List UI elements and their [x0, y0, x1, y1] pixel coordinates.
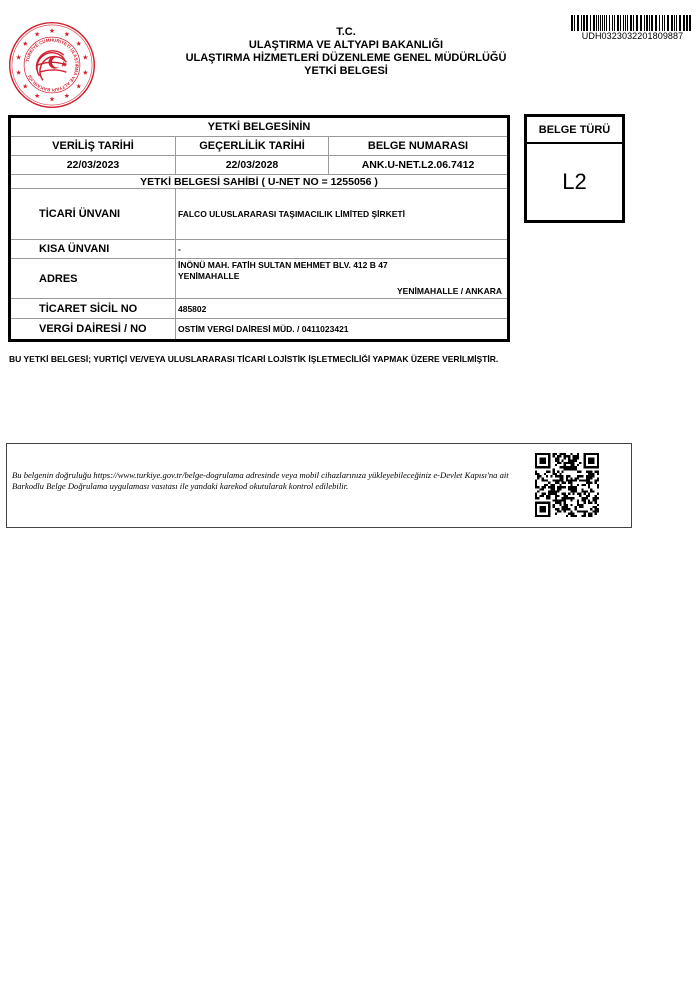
tax-office: OSTİM VERGİ DAİRESİ MÜD. / 0411023421 [176, 319, 509, 341]
issue-date: 22/03/2023 [10, 156, 176, 175]
label-tax-office: VERGİ DAİRESİ / NO [10, 319, 176, 341]
barcode-icon [571, 15, 694, 31]
column-document-number: BELGE NUMARASI [329, 137, 509, 156]
header-tc: T.C. [170, 26, 522, 39]
seal-graphic: TÜRKİYE CUMHURİYETİ ULAŞTIRMA VE ALTYAPI… [7, 20, 97, 110]
qr-code-icon[interactable] [535, 453, 599, 517]
document-number: ANK.U-NET.L2.06.7412 [329, 156, 509, 175]
address-line-2: YENİMAHALLE [178, 271, 507, 282]
trade-registry-no: 485802 [176, 299, 509, 319]
label-address: ADRES [10, 259, 176, 299]
header-ministry: ULAŞTIRMA VE ALTYAPI BAKANLIĞI [170, 39, 522, 52]
verification-box: Bu belgenin doğruluğu https://www.turkiy… [6, 443, 632, 528]
header-doc-title: YETKİ BELGESİ [170, 65, 522, 78]
address-city: YENİMAHALLE / ANKARA [178, 285, 507, 297]
qr-graphic [535, 453, 599, 517]
label-trade-registry-no: TİCARET SİCİL NO [10, 299, 176, 319]
column-issue-date: VERİLİŞ TARİHİ [10, 137, 176, 156]
trade-name: FALCO ULUSLARARASI TAŞIMACILIK LİMİTED Ş… [176, 189, 509, 240]
certificate-title: YETKİ BELGESİNİN [10, 117, 509, 137]
certificate-table: YETKİ BELGESİNİN VERİLİŞ TARİHİ GEÇERLİL… [8, 115, 510, 342]
owner-header: YETKİ BELGESİ SAHİBİ ( U-NET NO = 125505… [10, 175, 509, 189]
document-header: T.C. ULAŞTIRMA VE ALTYAPI BAKANLIĞI ULAŞ… [170, 26, 522, 78]
short-name: - [176, 240, 509, 259]
column-validity-date: GEÇERLİLİK TARİHİ [176, 137, 329, 156]
header-directorate: ULAŞTIRMA HİZMETLERİ DÜZENLEME GENEL MÜD… [170, 52, 522, 65]
barcode-number: UDH0323032201809887 [571, 31, 694, 41]
validity-date: 22/03/2028 [176, 156, 329, 175]
label-trade-name: TİCARİ ÜNVANI [10, 189, 176, 240]
barcode: UDH0323032201809887 [571, 15, 694, 41]
ministry-seal-icon: TÜRKİYE CUMHURİYETİ ULAŞTIRMA VE ALTYAPI… [7, 20, 97, 110]
document-type-title: BELGE TÜRÜ [527, 117, 622, 144]
address: İNÖNÜ MAH. FATİH SULTAN MEHMET BLV. 412 … [176, 259, 509, 299]
address-line-1: İNÖNÜ MAH. FATİH SULTAN MEHMET BLV. 412 … [178, 260, 507, 271]
document-type-value: L2 [527, 144, 622, 220]
verification-text: Bu belgenin doğruluğu https://www.turkiy… [12, 470, 512, 492]
label-short-name: KISA ÜNVANI [10, 240, 176, 259]
authorization-statement: BU YETKİ BELGESİ; YURTİÇİ VE/VEYA ULUSLA… [9, 354, 509, 365]
document-type-box: BELGE TÜRÜ L2 [524, 114, 625, 223]
